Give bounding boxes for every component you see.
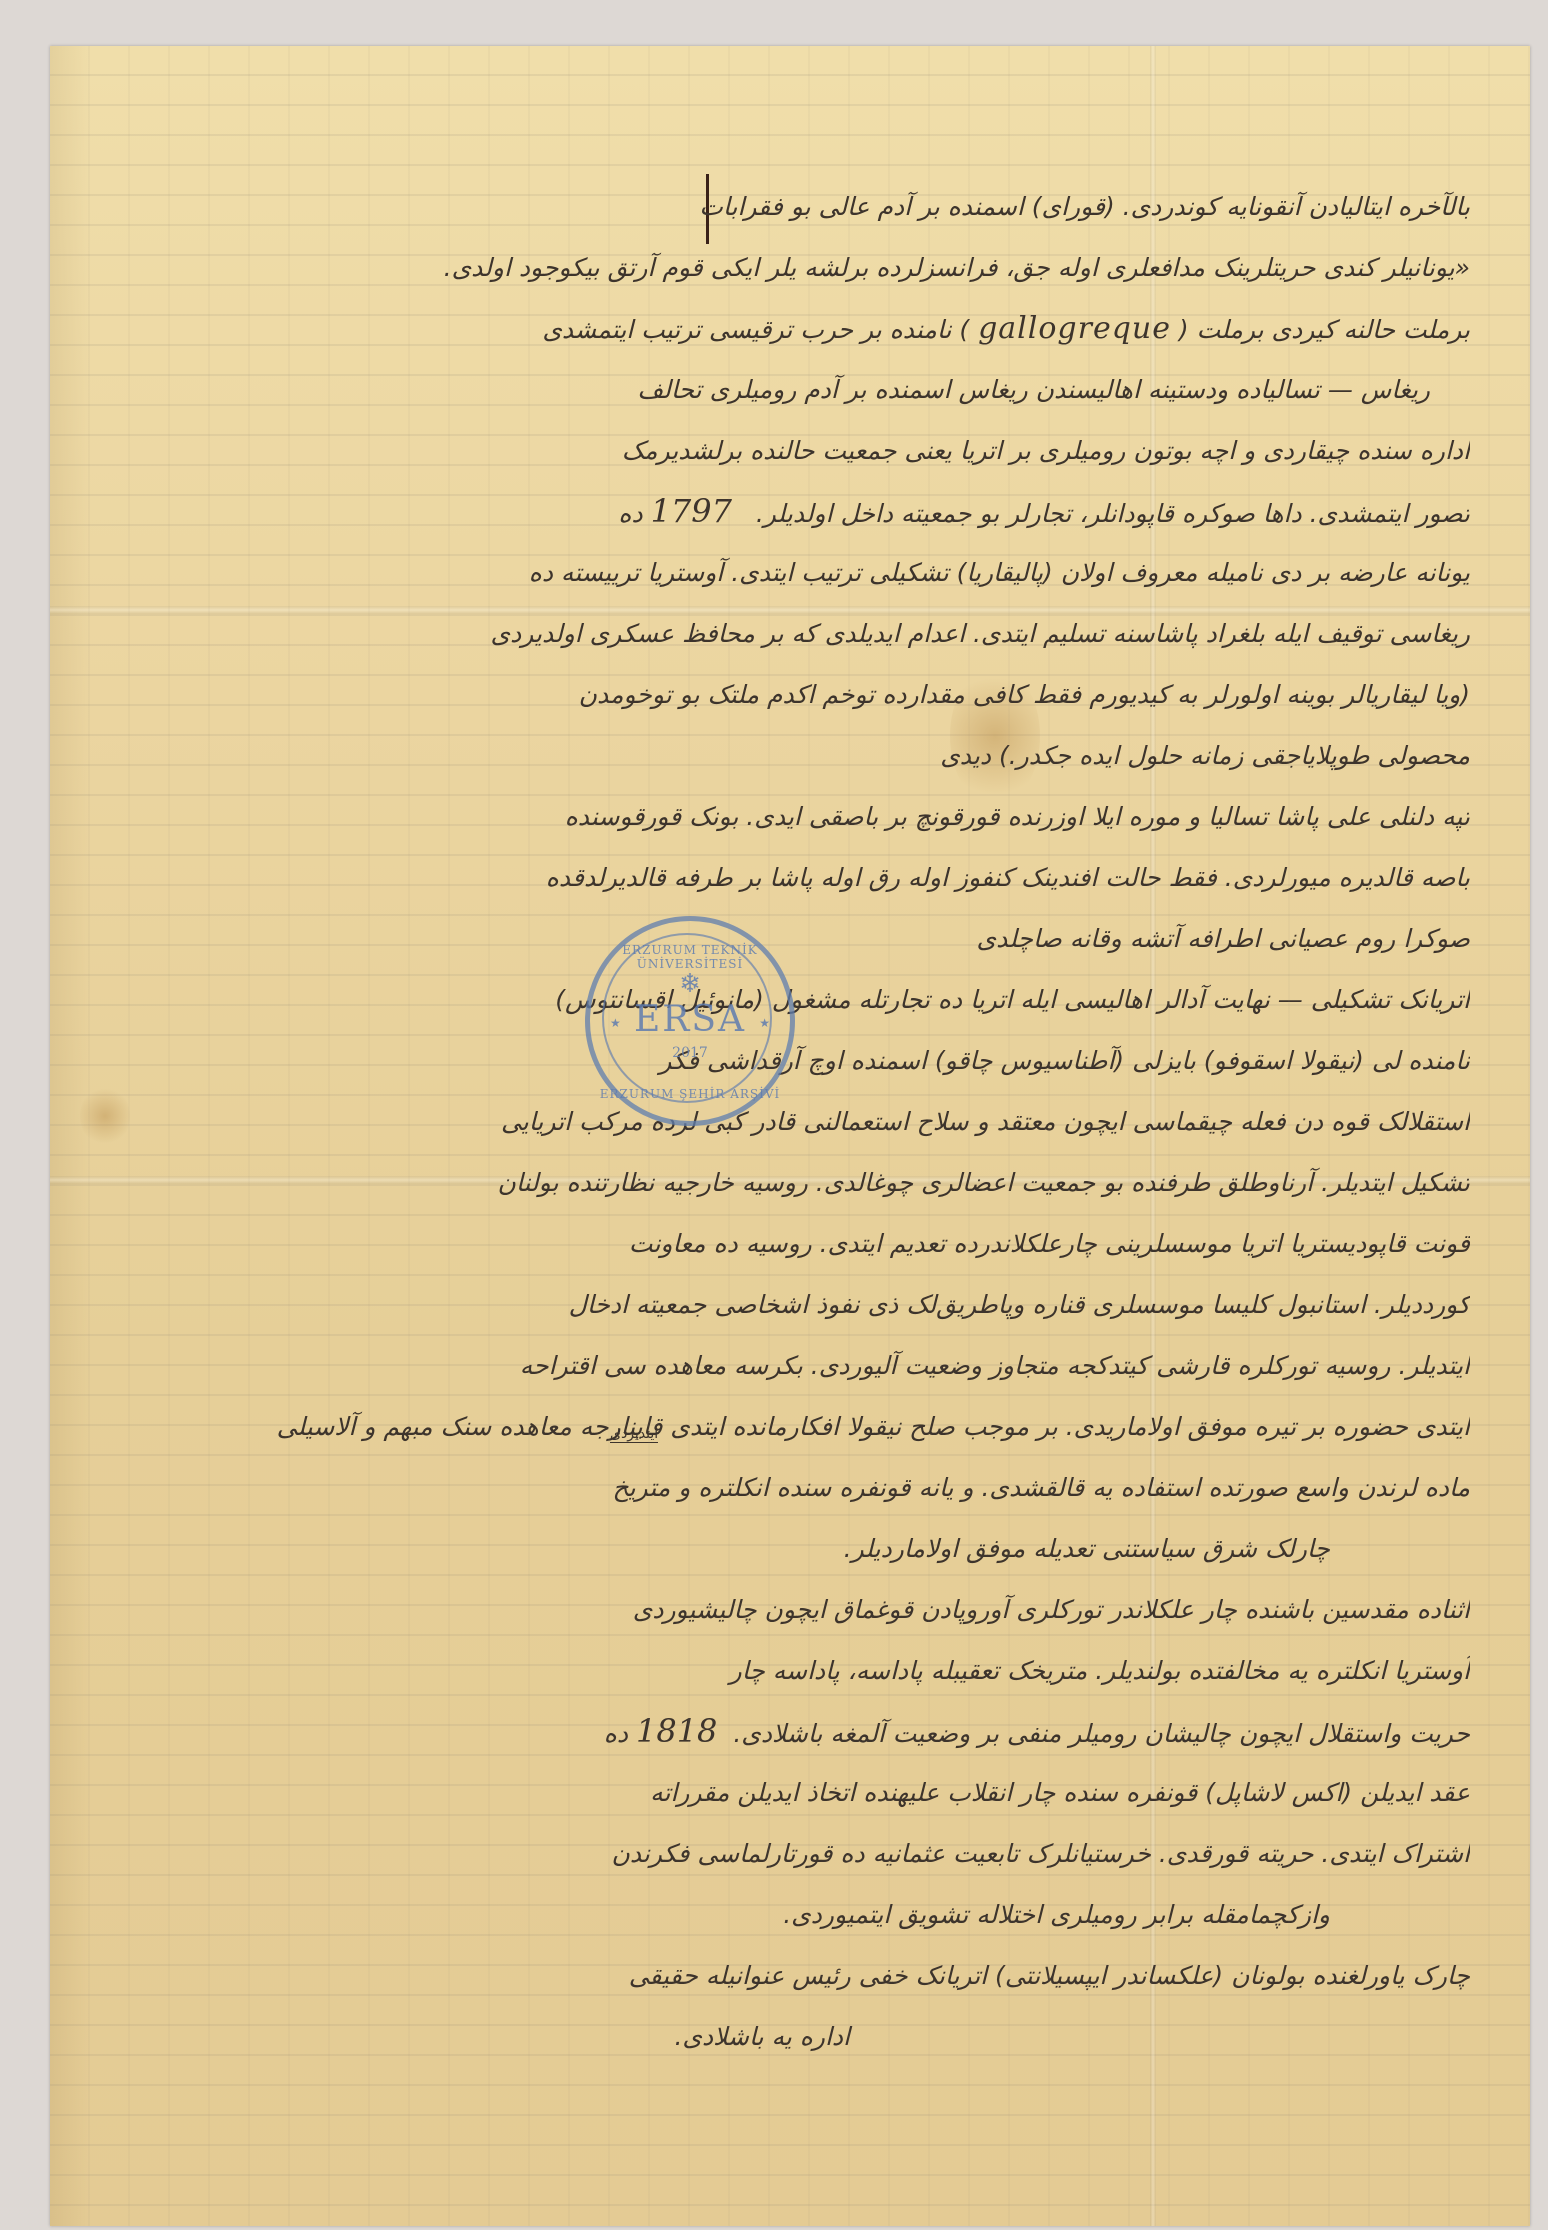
text-line: یونانه عارضه بر دی نامیله معروف اولان (پ… [110, 542, 1470, 603]
text-line: اثناده مقدسین باشنده چار علکلاندر تورکلر… [110, 1579, 1470, 1640]
text-line: ماده لرندن واسع صورتده استفاده یه قالقشد… [110, 1457, 1470, 1518]
text-fragment: برملت حالنه کیردی برملت [1197, 315, 1470, 344]
text-line: بالآخره ایتالیادن آنقونایه کوندردی. (قور… [110, 176, 1470, 237]
text-line: تصور ایتمشدی. داها صوکره قاپودانلر، تجار… [110, 481, 1470, 542]
text-line: تشکیل ایتدیلر. آرناوطلق طرفنده بو جمعیت … [110, 1152, 1470, 1213]
margin-annotation: ایتدیردی [610, 1426, 658, 1443]
year-number: 1818 [636, 1712, 717, 1750]
text-line: اداره سنده چیقاردی و اچه بوتون رومیلری ب… [110, 420, 1470, 481]
text-line: قونت قاپودیستریا اتریا موسسلرینی چارعلکل… [110, 1213, 1470, 1274]
text-line: چارلک شرق سیاستنی تعدیله موفق اولاماردیل… [110, 1518, 1470, 1579]
text-line: (ویا لیقاریالر بوینه اولورلر به کیدیورم … [110, 664, 1470, 725]
text-line: ریغاس — تسالیاده ودستینه اهالیسندن ریغاس… [110, 359, 1470, 420]
star-icon: ★ [759, 1016, 770, 1030]
snowflake-icon: ❄ [590, 969, 790, 999]
text-line: ایتدیلر. روسیه تورکلره قارشی کیتدکجه متج… [110, 1335, 1470, 1396]
archive-stamp: ERZURUM TEKNİK ÜNİVERSİTESİ ❄ ★ ERSA ★ 2… [585, 916, 795, 1126]
manuscript-text: بالآخره ایتالیادن آنقونایه کوندردی. (قور… [110, 176, 1470, 2067]
text-fragment: حریت واستقلال ایچون چالیشان رومیلر منفی … [733, 1719, 1470, 1748]
text-line: وازکچمامقله برابر رومیلری اختلاله تشویق … [110, 1884, 1470, 1945]
manuscript-page: بالآخره ایتالیادن آنقونایه کوندردی. (قور… [50, 46, 1530, 2226]
text-line: کورددیلر. استانبول کلیسا موسسلری قناره و… [110, 1274, 1470, 1335]
text-line: محصولی طوپلایاجقی زمانه حلول ایده جکدر.)… [110, 725, 1470, 786]
text-line: ایتدی حضوره بر تیره موفق اولاماریدی. بر … [110, 1396, 1470, 1457]
stamp-ring-bottom-text: ERZURUM ŞEHİR ARŞİVİ [590, 1087, 790, 1101]
text-line: «یونانیلر کندی حریتلرینک مدافعلری اوله ج… [110, 237, 1470, 298]
text-line: حریت واستقلال ایچون چالیشان رومیلر منفی … [110, 1701, 1470, 1762]
stamp-ring-top-text: ERZURUM TEKNİK ÜNİVERSİTESİ [590, 943, 790, 971]
latin-word: gallogreque [978, 311, 1171, 346]
stamp-year: 2017 [590, 1045, 790, 1061]
text-line: آوستریا انکلتره یه مخالفتده بولندیلر. مت… [110, 1640, 1470, 1701]
text-line: اداره یه باشلادی. [110, 2006, 1470, 2067]
text-line: استقلالک قوه دن فعله چیقماسی ایچون معتقد… [110, 1091, 1470, 1152]
text-line: اشتراک ایتدی. حریته قورقدی. خرستیانلرک ت… [110, 1823, 1470, 1884]
text-fragment: تصور ایتمشدی. داها صوکره قاپودانلر، تجار… [756, 499, 1470, 528]
text-line: ریغاسی توقیف ایله بلغراد پاشاسنه تسلیم ا… [110, 603, 1470, 664]
text-line: صوکرا روم عصیانی اطرافه آتشه وقانه صاچلد… [110, 908, 1470, 969]
text-line: تپه دلنلی علی پاشا تسالیا و موره ایلا او… [110, 786, 1470, 847]
text-line: چارک یاورلغنده بولونان (علکساندر ایپسیلا… [110, 1945, 1470, 2006]
year-number: 1797 [651, 492, 732, 530]
text-line: باصه قالدیره میورلردی. فقط حالت افندینک … [110, 847, 1470, 908]
text-line: عقد ایدیلن (اکس لاشاپل) قونفره سنده چار … [110, 1762, 1470, 1823]
text-line: برملت حالنه کیردی برملت ( gallogreque ) … [110, 298, 1470, 359]
